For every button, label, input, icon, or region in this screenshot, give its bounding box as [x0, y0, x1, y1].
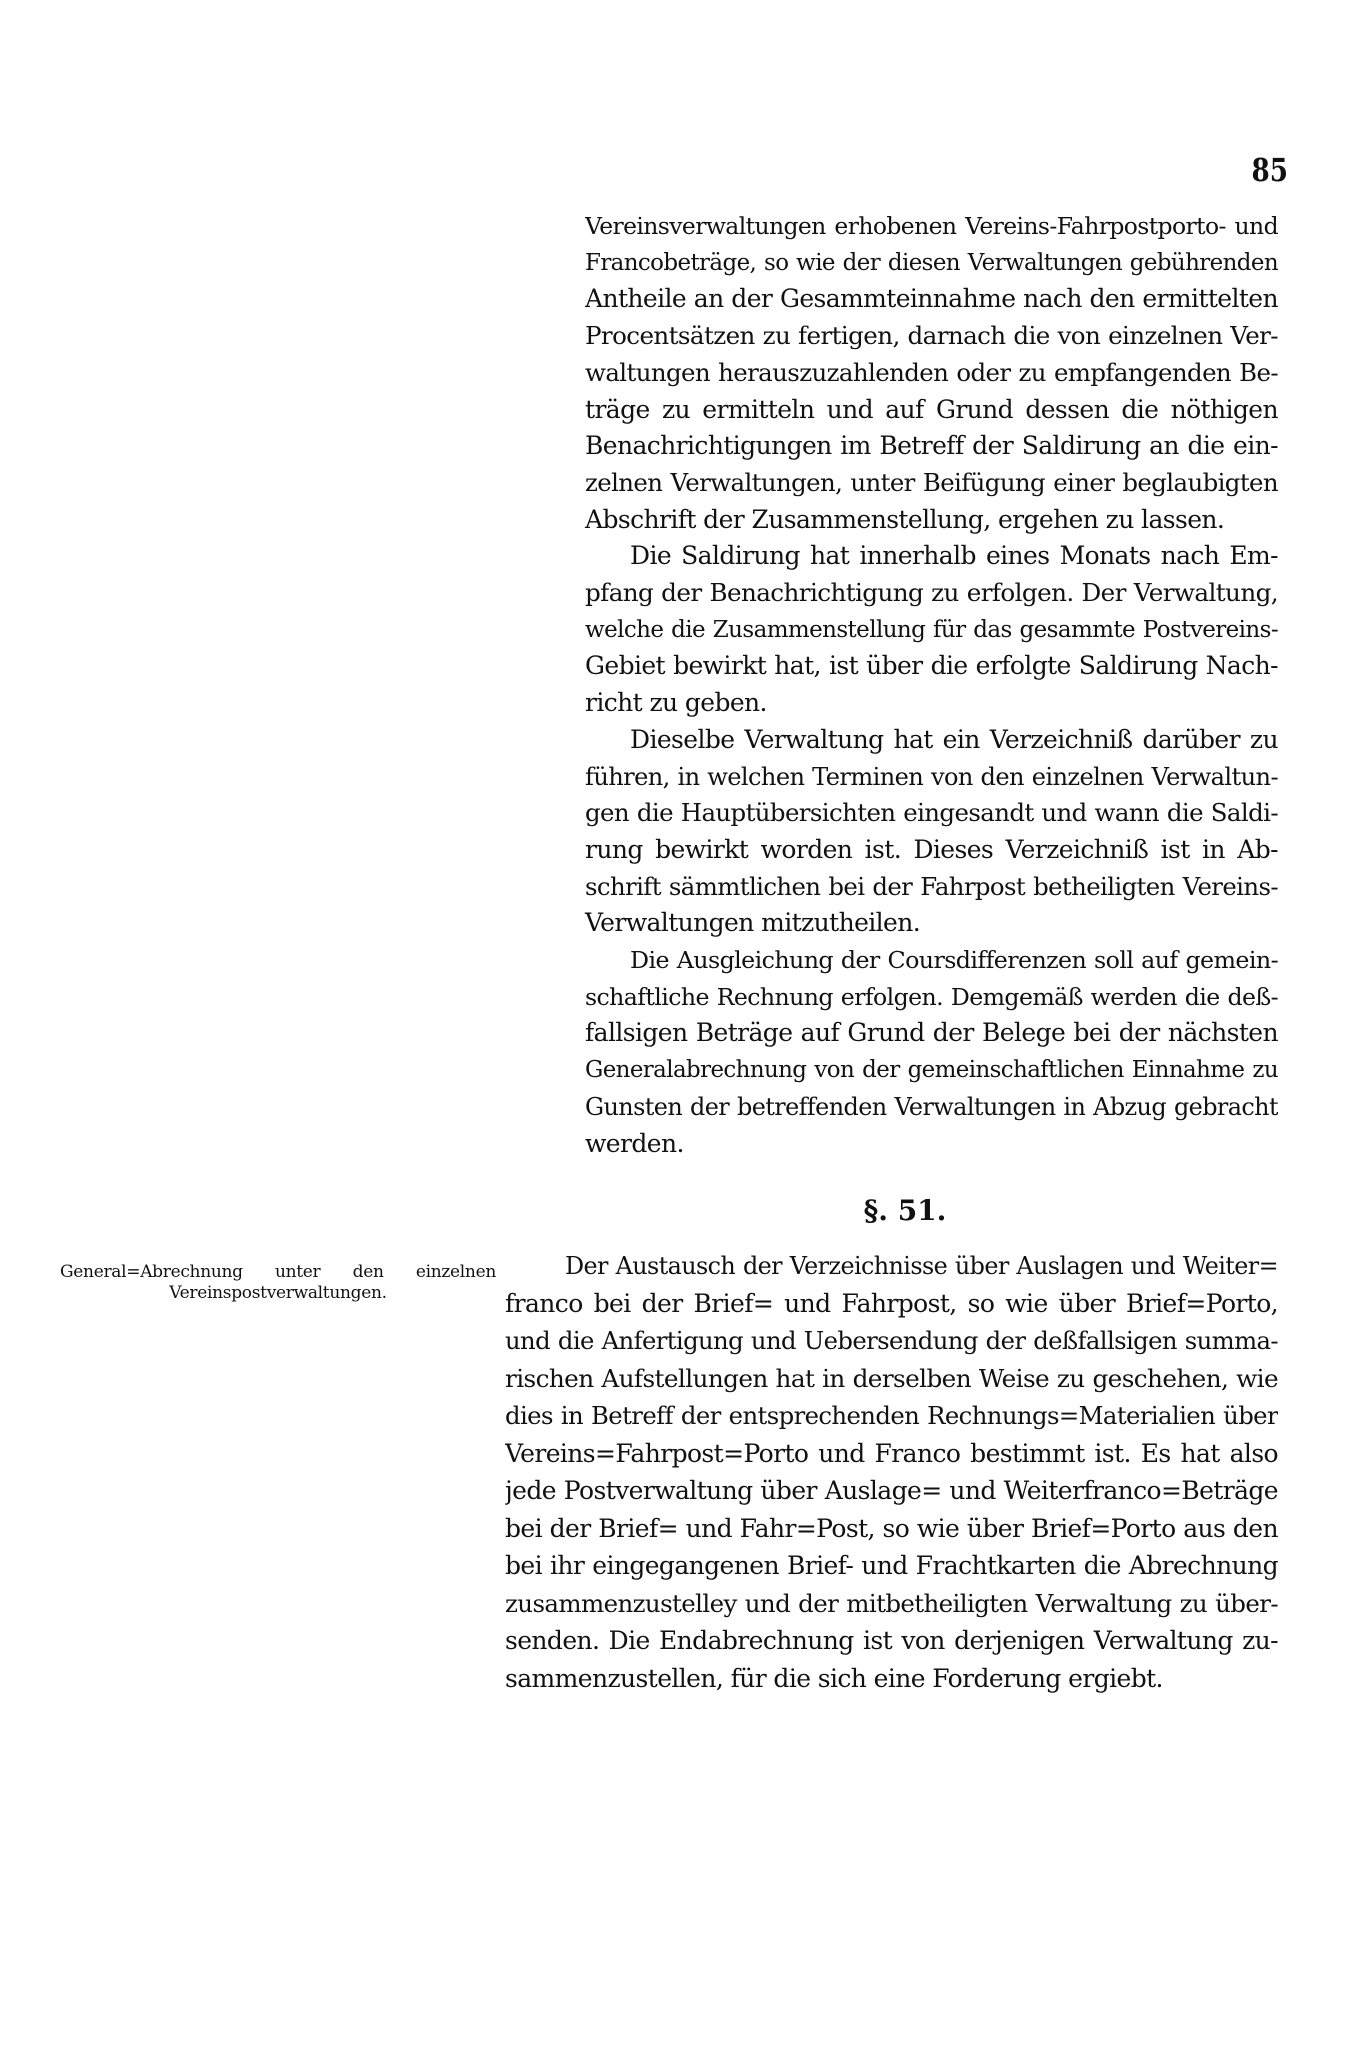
text-line: Benachrichtigungen im Betreff der Saldir… — [585, 430, 1278, 462]
margin-note-line: General=Abrechnung unter den einzelnen — [60, 1262, 496, 1283]
paragraph-start-line: Der Austausch der Verzeichnisse über Aus… — [565, 1250, 1278, 1282]
text-line: gen die Hauptübersichten eingesandt und … — [585, 797, 1278, 829]
text-line: werden. — [585, 1128, 1278, 1160]
text-line: Gebiet bewirkt hat, ist über die erfolgt… — [585, 650, 1278, 682]
text-line: fallsigen Beträge auf Grund der Belege b… — [585, 1017, 1278, 1049]
text-line: schaftliche Rechnung erfolgen. Demgemäß … — [585, 981, 1278, 1013]
text-line: Procentsätzen zu fertigen, darnach die v… — [585, 320, 1278, 352]
text-line: Vereins=Fahrpost=Porto und Franco bestim… — [505, 1438, 1278, 1470]
text-line: träge zu ermitteln und auf Grund dessen … — [585, 394, 1278, 426]
text-line: zelnen Verwaltungen, unter Beifügung ein… — [585, 467, 1278, 499]
text-line: waltungen herauszuzahlenden oder zu empf… — [585, 357, 1278, 389]
text-line: und die Anfertigung und Uebersendung der… — [505, 1325, 1278, 1357]
text-line: Abschrift der Zusammenstellung, ergehen … — [585, 504, 1278, 536]
page-number: 85 — [1247, 150, 1288, 190]
text-line: bei der Brief= und Fahr=Post, so wie übe… — [505, 1513, 1278, 1545]
upper-text-block: Vereinsverwaltungen erhobenen Vereins-Fa… — [585, 210, 1278, 1170]
paragraph-start-line: Dieselbe Verwaltung hat ein Verzeichniß … — [630, 724, 1278, 756]
text-line: zusammenzustelley und der mitbetheiligte… — [505, 1588, 1278, 1620]
text-line: sammenzustellen, für die sich eine Forde… — [505, 1663, 1278, 1695]
section-heading: §. 51. — [840, 1194, 970, 1228]
text-line: pfang der Benachrichtigung zu erfolgen. … — [585, 577, 1278, 609]
text-line: schrift sämmtlichen bei der Fahrpost bet… — [585, 871, 1278, 903]
text-line: welche die Zusammenstellung für das gesa… — [585, 614, 1278, 646]
text-line: führen, in welchen Terminen von den einz… — [585, 761, 1278, 793]
text-line: Antheile an der Gesammteinnahme nach den… — [585, 283, 1278, 315]
text-line: Francobeträge, so wie der diesen Verwalt… — [585, 247, 1278, 279]
text-line: bei ihr eingegangenen Brief- und Frachtk… — [505, 1550, 1278, 1582]
margin-note: General=Abrechnung unter den einzelnen V… — [60, 1262, 496, 1304]
text-line: richt zu geben. — [585, 687, 1278, 719]
paragraph-start-line: Die Saldirung hat innerhalb eines Monats… — [630, 540, 1278, 572]
document-page: 85 Vereinsverwaltungen erhobenen Vereins… — [0, 0, 1360, 2048]
text-line: rischen Aufstellungen hat in derselben W… — [505, 1363, 1278, 1395]
text-line: Generalabrechnung von der gemeinschaftli… — [585, 1054, 1278, 1086]
margin-note-line: Vereinspostverwaltungen. — [60, 1283, 496, 1304]
text-line: jede Postverwaltung über Auslage= und We… — [505, 1475, 1278, 1507]
text-line: Gunsten der betreffenden Verwaltungen in… — [585, 1091, 1278, 1123]
text-line: Verwaltungen mitzutheilen. — [585, 907, 1278, 939]
lower-text-block: Der Austausch der Verzeichnisse über Aus… — [505, 1250, 1278, 1710]
text-line: rung bewirkt worden ist. Dieses Verzeich… — [585, 834, 1278, 866]
text-line: franco bei der Brief= und Fahrpost, so w… — [505, 1288, 1278, 1320]
text-line: Vereinsverwaltungen erhobenen Vereins-Fa… — [585, 210, 1278, 242]
paragraph-start-line: Die Ausgleichung der Coursdifferenzen so… — [630, 944, 1278, 976]
text-line: dies in Betreff der entsprechenden Rechn… — [505, 1400, 1278, 1432]
text-line: senden. Die Endabrechnung ist von derjen… — [505, 1625, 1278, 1657]
